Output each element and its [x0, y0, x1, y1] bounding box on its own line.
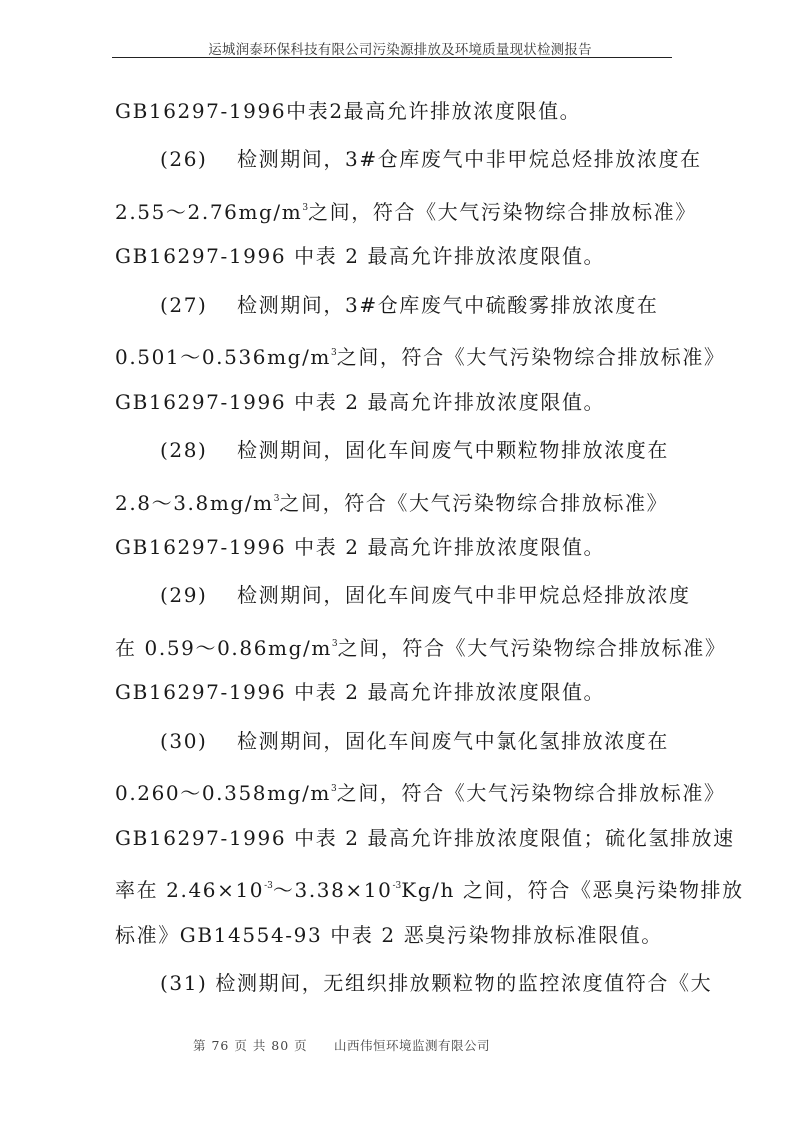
item-29-line: (29) 检测期间，固化车间废气中非甲烷总烃排放浓度	[160, 583, 730, 607]
item-30-emission-rate: 率在 2.46×10-3～3.38×10-3Kg/h 之间，符合《恶臭污染物排放	[115, 874, 685, 902]
text-line: GB16297-1996 中表 2 最高允许排放浓度限值。	[115, 390, 685, 414]
report-title: 运城润泰环保科技有限公司污染源排放及环境质量现状检测报告	[0, 38, 800, 58]
text-line: GB16297-1996 中表 2 最高允许排放浓度限值；硫化氢排放速	[115, 826, 685, 850]
text-line: GB16297-1996 中表 2 最高允许排放浓度限值。	[115, 680, 685, 704]
item-30-line: (30) 检测期间，固化车间废气中氯化氢排放浓度在	[160, 729, 730, 753]
item-30-concentration: 0.260～0.358mg/m3之间，符合《大气污染物综合排放标准》	[115, 777, 685, 805]
item-27-concentration: 0.501～0.536mg/m3之间，符合《大气污染物综合排放标准》	[115, 341, 685, 369]
page-number: 第 76 页 共 80 页	[193, 1036, 308, 1054]
item-26-concentration: 2.55～2.76mg/m3之间，符合《大气污染物综合排放标准》	[115, 196, 685, 224]
text-line: GB16297-1996中表2最高允许排放浓度限值。	[115, 99, 685, 123]
item-26-line: (26) 检测期间，3#仓库废气中非甲烷总烃排放浓度在	[160, 147, 730, 171]
text-line: GB16297-1996 中表 2 最高允许排放浓度限值。	[115, 535, 685, 559]
header-divider	[112, 57, 672, 58]
text-line: 标准》GB14554-93 中表 2 恶臭污染物排放标准限值。	[115, 923, 685, 947]
item-27-line: (27) 检测期间，3#仓库废气中硫酸雾排放浓度在	[160, 293, 730, 317]
item-31-line: (31) 检测期间，无组织排放颗粒物的监控浓度值符合《大	[160, 971, 730, 995]
item-28-concentration: 2.8～3.8mg/m3之间，符合《大气污染物综合排放标准》	[115, 487, 685, 515]
footer-company: 山西伟恒环境监测有限公司	[334, 1036, 490, 1054]
item-29-concentration: 在 0.59～0.86mg/m3之间，符合《大气污染物综合排放标准》	[115, 632, 685, 660]
item-28-line: (28) 检测期间，固化车间废气中颗粒物排放浓度在	[160, 438, 730, 462]
text-line: GB16297-1996 中表 2 最高允许排放浓度限值。	[115, 244, 685, 268]
